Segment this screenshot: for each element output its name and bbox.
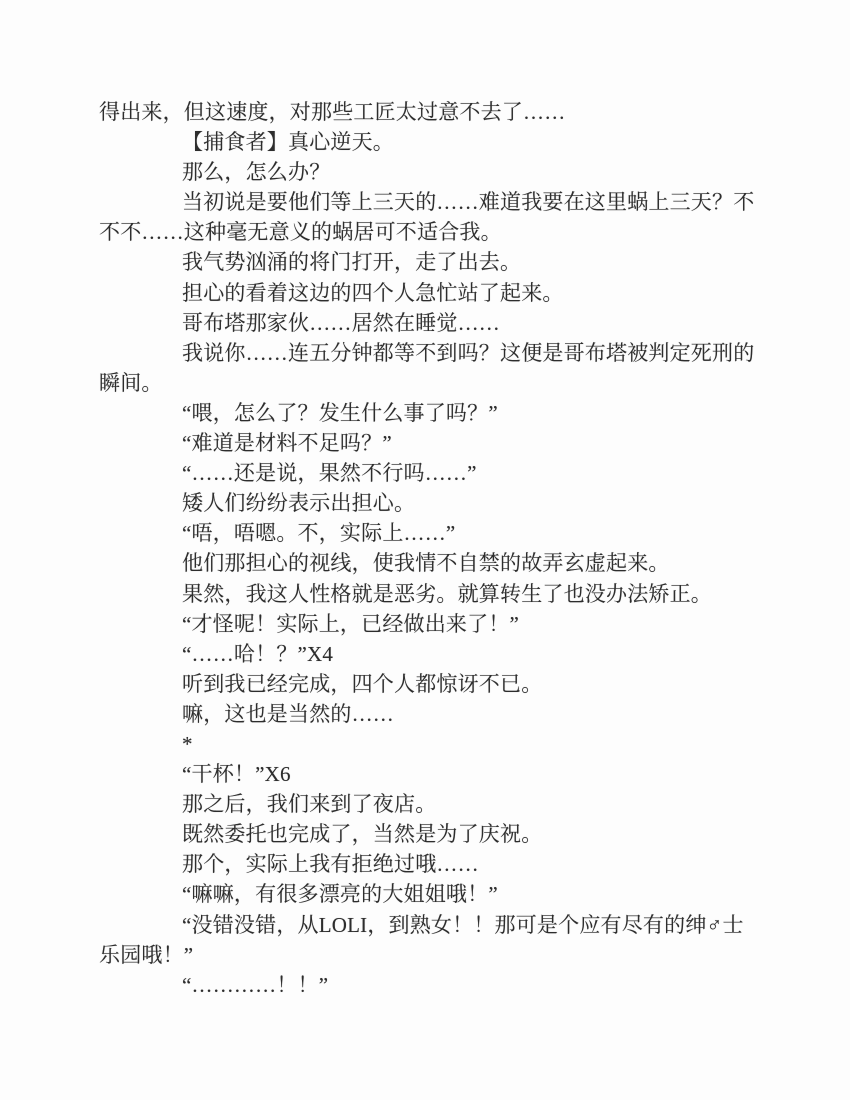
text-line: “唔，唔嗯。不，实际上……” [99, 518, 779, 548]
text-line: 既然委托也完成了，当然是为了庆祝。 [99, 819, 779, 849]
text-line: 那之后，我们来到了夜店。 [99, 789, 779, 819]
text-line: “才怪呢！实际上，已经做出来了！” [99, 609, 779, 639]
text-line: * [99, 729, 779, 759]
text-line: 【捕食者】真心逆天。 [99, 127, 779, 157]
text-line: 听到我已经完成，四个人都惊讶不已。 [99, 669, 779, 699]
text-line: 矮人们纷纷表示出担心。 [99, 488, 779, 518]
text-line: 我气势汹涌的将门打开，走了出去。 [99, 247, 779, 277]
text-line: 我说你……连五分钟都等不到吗？这便是哥布塔被判定死刑的 [99, 338, 779, 368]
text-line: 嘛，这也是当然的…… [99, 699, 779, 729]
text-line: 哥布塔那家伙……居然在睡觉…… [99, 308, 779, 338]
text-line: 乐园哦！” [99, 940, 779, 970]
text-line: 当初说是要他们等上三天的……难道我要在这里蜗上三天？不 [99, 187, 779, 217]
text-line: “没错没错，从LOLI，到熟女！！那可是个应有尽有的绅♂士 [99, 910, 779, 940]
text-line: “…………！！” [99, 970, 779, 1000]
text-line: 他们那担心的视线，使我情不自禁的故弄玄虚起来。 [99, 548, 779, 578]
text-block: 得出来，但这速度，对那些工匠太过意不去了……【捕食者】真心逆天。那么，怎么办？当… [99, 97, 779, 1000]
text-line: 得出来，但这速度，对那些工匠太过意不去了…… [99, 97, 779, 127]
text-line: “难道是材料不足吗？” [99, 428, 779, 458]
text-line: “……哈！？”X4 [99, 639, 779, 669]
text-line: 那个，实际上我有拒绝过哦…… [99, 849, 779, 879]
text-line: 担心的看着这边的四个人急忙站了起来。 [99, 278, 779, 308]
text-line: “嘛嘛，有很多漂亮的大姐姐哦！” [99, 879, 779, 909]
document-page: 得出来，但这速度，对那些工匠太过意不去了……【捕食者】真心逆天。那么，怎么办？当… [0, 0, 850, 1100]
text-line: 果然，我这人性格就是恶劣。就算转生了也没办法矫正。 [99, 579, 779, 609]
text-line: “喂，怎么了？发生什么事了吗？” [99, 398, 779, 428]
text-line: 那么，怎么办？ [99, 157, 779, 187]
text-line: 不不……这种毫无意义的蜗居可不适合我。 [99, 217, 779, 247]
text-line: “干杯！”X6 [99, 759, 779, 789]
text-line: “……还是说，果然不行吗……” [99, 458, 779, 488]
text-line: 瞬间。 [99, 368, 779, 398]
